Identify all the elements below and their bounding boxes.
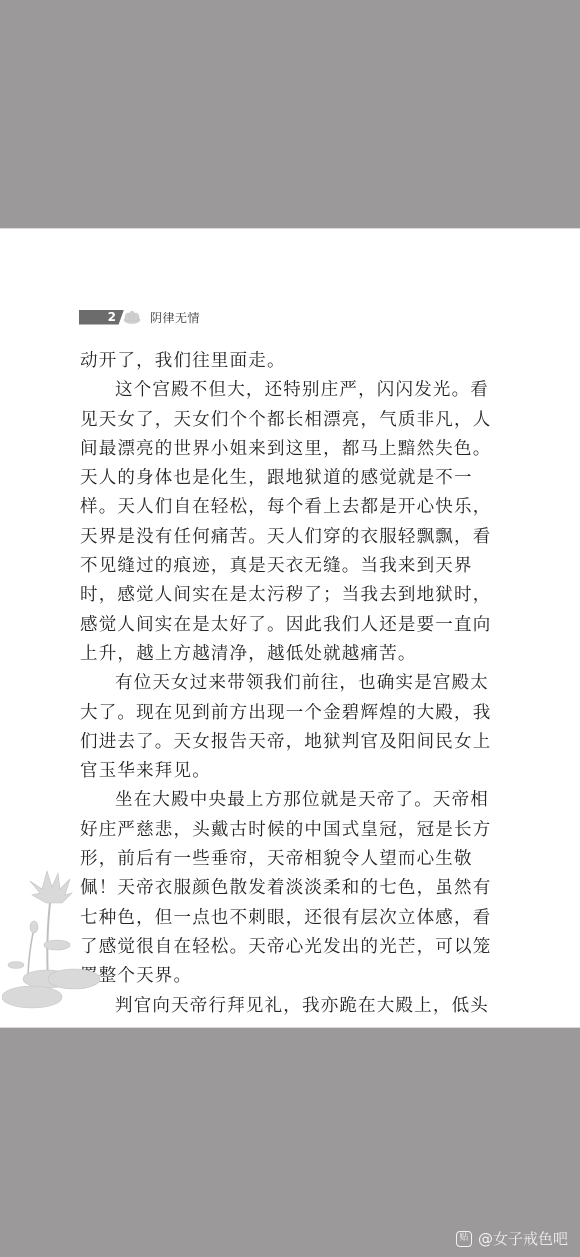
text-line: 天人的身体也是化生，跟地狱道的感觉就是不一 [80, 464, 500, 493]
text-line: 上升，越上方越清净，越低处就越痛苦。 [80, 640, 500, 669]
bottom-gray-band: 贴 @女子戒色吧 [0, 1028, 580, 1257]
text-line: 有位天女过来带领我们前往，也确实是宫殿太 [80, 669, 500, 698]
chapter-title: 阴律无情 [150, 309, 200, 326]
tieba-icon: 贴 [456, 1231, 472, 1247]
top-gray-band [0, 0, 580, 228]
text-line: 们进去了。天女报告天帝，地狱判官及阳间民女上 [80, 728, 500, 757]
page-number: 2 [79, 310, 124, 325]
watermark: 贴 @女子戒色吧 [456, 1228, 568, 1249]
text-line: 天界是没有任何痛苦。天人们穿的衣服轻飘飘，看 [80, 523, 500, 552]
text-line: 了感觉很自在轻松。天帝心光发出的光芒，可以笼 [80, 933, 500, 962]
text-line: 感觉人间实在是太好了。因此我们人还是要一直向 [80, 611, 500, 640]
flower-ornament-icon [122, 310, 142, 325]
text-line: 好庄严慈悲，头戴古时候的中国式皇冠，冠是长方 [80, 816, 500, 845]
text-line: 这个宫殿不但大，还特别庄严，闪闪发光。看 [80, 376, 500, 405]
text-line: 动开了，我们往里面走。 [80, 347, 500, 376]
text-line: 见天女了，天女们个个都长相漂亮，气质非凡，人 [80, 406, 500, 435]
text-line: 时，感觉人间实在是太污秽了；当我去到地狱时， [80, 581, 500, 610]
text-line: 坐在大殿中央最上方那位就是天帝了。天帝相 [80, 786, 500, 815]
running-head: 2 阴律无情 [79, 309, 200, 325]
book-page: 2 阴律无情 动开了，我们往里面走。这个宫殿不但大，还特别庄严，闪闪发光。看见天… [0, 228, 580, 1028]
text-line: 形，前后有一些垂帘，天帝相貌令人望而心生敬 [80, 845, 500, 874]
text-line: 罩整个天界。 [80, 962, 500, 991]
text-line: 样。天人们自在轻松，每个看上去都是开心快乐， [80, 493, 500, 522]
text-line: 判官向天帝行拜见礼，我亦跪在大殿上，低头 [80, 992, 500, 1021]
text-line: 间最漂亮的世界小姐来到这里，都马上黯然失色。 [80, 435, 500, 464]
text-line: 佩！天帝衣服颜色散发着淡淡柔和的七色，虽然有 [80, 874, 500, 903]
text-line: 七种色，但一点也不刺眼，还很有层次立体感，看 [80, 904, 500, 933]
lotus-illustration-icon [2, 869, 102, 1009]
body-text: 动开了，我们往里面走。这个宫殿不但大，还特别庄严，闪闪发光。看见天女了，天女们个… [80, 347, 500, 1021]
text-line: 官玉华来拜见。 [80, 757, 500, 786]
text-line: 大了。现在见到前方出现一个金碧辉煌的大殿，我 [80, 699, 500, 728]
text-line: 不见缝过的痕迹，真是天衣无缝。当我来到天界 [80, 552, 500, 581]
watermark-text: @女子戒色吧 [478, 1228, 568, 1249]
